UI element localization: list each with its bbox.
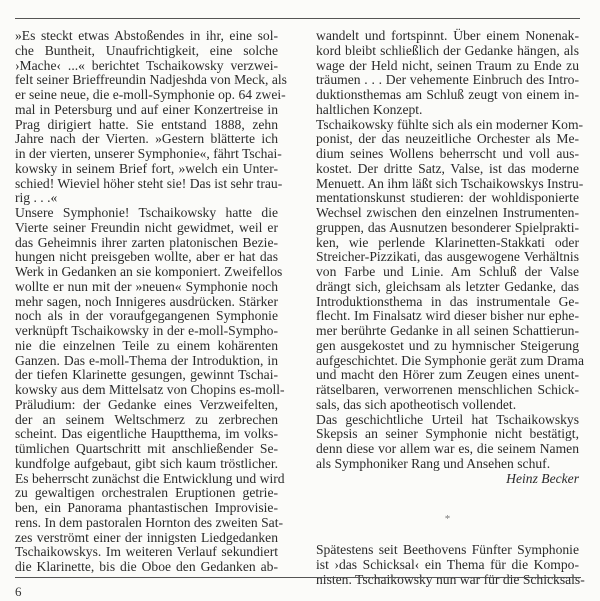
spacer bbox=[316, 527, 579, 543]
text-line: sals, das sich apotheotisch vollendet. bbox=[316, 398, 579, 413]
text-line: wollte er nun mit der »neuen« Symphonie … bbox=[15, 280, 278, 295]
text-line: kostet. Der dritte Satz, Valse, ist das … bbox=[316, 162, 579, 177]
text-line: rens. In dem pastoralen Hornton des zwei… bbox=[15, 516, 278, 531]
text-line: tümlichen Quartschritt mit anschließende… bbox=[15, 442, 278, 457]
text-line: felt seiner Brieffreundin Nadjeshda von … bbox=[15, 73, 278, 88]
text-line: mal in Petersburg und auf einer Konzertr… bbox=[15, 103, 278, 118]
text-line: rig . . .« bbox=[15, 191, 278, 206]
text-line: rätselbaren, verworrenen menschlichen Sc… bbox=[316, 383, 579, 398]
text-line: gen ausgekostet und zu hymnischer Steige… bbox=[316, 339, 579, 354]
text-line: der an seinem Weltschmerz zu zerbrechen bbox=[15, 413, 278, 428]
text-line: als Symphoniker Rang und Ansehen schuf. bbox=[316, 457, 579, 472]
left-column: »Es steckt etwas Abstoßendes in ihr, ein… bbox=[15, 29, 278, 575]
text-line: che Buntheit, Unaufrichtigkeit, eine sol… bbox=[15, 44, 278, 59]
text-line: scheint. Das eigentliche Hauptthema, im … bbox=[15, 427, 278, 442]
text-line: mer berührte Gedanke in all seinen Schat… bbox=[316, 324, 579, 339]
text-line: kowsky aus dem Mittelsatz von Chopins es… bbox=[15, 383, 278, 398]
text-line: »Es steckt etwas Abstoßendes in ihr, ein… bbox=[15, 29, 278, 44]
text-line: Vierte seiner Freundin nicht gewidmet, w… bbox=[15, 221, 278, 236]
text-line: mehr sagen, noch Innigeres ausdrücken. S… bbox=[15, 295, 278, 310]
text-line: ben, ein Panorama phantastischen Improvi… bbox=[15, 501, 278, 516]
text-line: der tiefen Klarinette gesungen, gewinnt … bbox=[15, 368, 278, 383]
section-separator: * bbox=[316, 512, 579, 527]
text-line: ponist, der das neuzeitliche Orchester a… bbox=[316, 132, 579, 147]
text-line: Tschaikowsky fühlte sich als ein moderne… bbox=[316, 118, 579, 133]
text-line: Werk in Gedanken an sie komponiert. Zwei… bbox=[15, 265, 278, 280]
text-line: Spätestens seit Beethovens Fünfter Symph… bbox=[316, 543, 579, 558]
text-line: aufgeschichtet. Die Symphonie gerät zum … bbox=[316, 354, 579, 369]
text-line: Tschaikowskys. Im weiteren Verlauf sekun… bbox=[15, 545, 278, 560]
text-line: gruppen, das Ausnutzen besonderer Spielp… bbox=[316, 221, 579, 236]
author-signature: Heinz Becker bbox=[316, 472, 579, 487]
text-line: Jahre nach der Vierten. »Gestern blätter… bbox=[15, 132, 278, 147]
text-line: Es beherrscht zunächst die Entwicklung u… bbox=[15, 472, 278, 487]
top-rule bbox=[15, 18, 580, 19]
text-line: mentationskunst studieren: der wohldispo… bbox=[316, 191, 579, 206]
text-line: Präludium: der Gedanke eines Verzweifelt… bbox=[15, 398, 278, 413]
text-line: kundfolge aufgebaut, gibt sich kaum trös… bbox=[15, 457, 278, 472]
text-line: duktionsthemas am Schluß zeugt von einem… bbox=[316, 88, 579, 103]
text-line: verknüpft Tschaikowsky in der e-moll-Sym… bbox=[15, 324, 278, 339]
text-line: von Farbe und Linie. Am Schluß der Valse bbox=[316, 265, 579, 280]
text-line: die Klarinette, bis die Oboe den Gedanke… bbox=[15, 560, 278, 575]
text-line: Prag dirigiert hatte. Sie entstand 1888,… bbox=[15, 118, 278, 133]
text-line: ›Mache‹ ...« berichtet Tschaikowsky verz… bbox=[15, 59, 278, 74]
text-line: in der vierten, unserer Symphonie«, fähr… bbox=[15, 147, 278, 162]
right-column: wandelt und fortspinnt. Über einem Nonen… bbox=[316, 29, 579, 587]
text-line: Streicher-Pizzikati, das ausgewogene Ver… bbox=[316, 250, 579, 265]
text-line: zes verströmt einer der innigsten Liedge… bbox=[15, 531, 278, 546]
text-line: ist ›das Schicksal‹ ein Thema für die Ko… bbox=[316, 558, 579, 573]
text-line: Menuett. An ihm läßt sich Tschaikowskys … bbox=[316, 177, 579, 192]
text-line: er seine neue, die e-moll-Symphonie op. … bbox=[15, 88, 278, 103]
text-line: schied! Wieviel höher steht sie! Das ist… bbox=[15, 177, 278, 192]
text-line: träumen . . . Der vehemente Einbruch des… bbox=[316, 73, 579, 88]
text-line: Unsere Symphonie! Tschaikowsky hatte die bbox=[15, 206, 278, 221]
text-line: dium seines Wollens beherrscht und voll … bbox=[316, 147, 579, 162]
text-line: flecht. Im Finalsatz wird dieser bisher … bbox=[316, 309, 579, 324]
text-line: drängt sich, gleichsam als letzter Gedan… bbox=[316, 280, 579, 295]
text-line: noch als in der voraufgegangenen Symphon… bbox=[15, 309, 278, 324]
text-line: und macht den Hörer zum Zeugen eines une… bbox=[316, 368, 579, 383]
text-line: ken, wie perlende Klarinetten-Stakkati o… bbox=[316, 236, 579, 251]
text-line: Ganzen. Das e-moll-Thema der Introduktio… bbox=[15, 354, 278, 369]
page-number: 6 bbox=[15, 584, 22, 600]
text-line: Wechsel zwischen den einzelnen Instrumen… bbox=[316, 206, 579, 221]
text-line: hungen nicht preisgeben wollte, aber er … bbox=[15, 250, 278, 265]
text-line: kord bleibt schließlich der Gedanke häng… bbox=[316, 44, 579, 59]
text-line: wandelt und fortspinnt. Über einem Nonen… bbox=[316, 29, 579, 44]
text-line: wage der Held nicht, seinen Traum zu End… bbox=[316, 59, 579, 74]
text-line: nie die einzelnen Teile zu einem kohären… bbox=[15, 339, 278, 354]
text-line: das Geheimnis ihrer zarten platonischen … bbox=[15, 236, 278, 251]
text-line: zu gewaltigen orchestralen Eruptionen ge… bbox=[15, 486, 278, 501]
text-line: kowsky in seinem Brief fort, »welch ein … bbox=[15, 162, 278, 177]
text-line: nisten. Tschaikowsky nun war für die Sch… bbox=[316, 573, 579, 588]
text-line: denn diese vor allem war es, die seinem … bbox=[316, 442, 579, 457]
text-line: Introduktionsthema in das instrumentale … bbox=[316, 295, 579, 310]
bottom-rule bbox=[15, 577, 581, 578]
text-line: Das geschichtliche Urteil hat Tschaikows… bbox=[316, 413, 579, 428]
text-line: haltlichen Konzept. bbox=[316, 103, 579, 118]
text-line: Skepsis an seiner Symphonie nicht bestät… bbox=[316, 427, 579, 442]
